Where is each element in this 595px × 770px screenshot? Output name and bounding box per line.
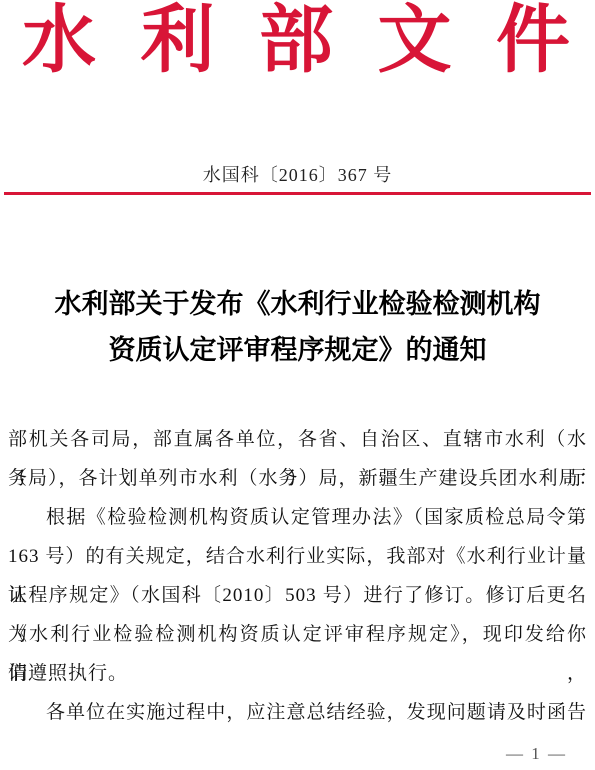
document-body: 部机关各司局，部直属各单位，各省、自治区、直辖市水利（水务）厅 （局），各计划单…: [8, 420, 587, 732]
body-line-8: 各单位在实施过程中，应注意总结经验，发现问题请及时函告: [8, 693, 587, 732]
red-divider-line: [4, 192, 591, 195]
body-line-3: 根据《检验检测机构资质认定管理办法》（国家质检总局令第: [8, 498, 587, 537]
body-line-5: 证程序规定》（水国科〔2010〕503 号）进行了修订。修订后更名为: [8, 576, 587, 615]
body-line-2: （局），各计划单列市水利（水务）局，新疆生产建设兵团水利局：: [8, 459, 587, 498]
document-page: 水 利 部 文 件 水国科〔2016〕367 号 水利部关于发布《水利行业检验检…: [0, 0, 595, 770]
body-line-4: 163 号）的有关规定，结合水利行业实际，我部对《水利行业计量认: [8, 537, 587, 576]
document-title: 水利部关于发布《水利行业检验检测机构 资质认定评审程序规定》的通知: [0, 281, 595, 373]
masthead-char-3: 部: [259, 3, 333, 79]
page-number: — 1 —: [506, 743, 567, 765]
document-number: 水国科〔2016〕367 号: [0, 163, 595, 187]
masthead-char-1: 水: [22, 3, 96, 79]
masthead-char-4: 文: [378, 3, 452, 79]
title-line-2: 资质认定评审程序规定》的通知: [0, 327, 595, 373]
masthead-char-2: 利: [141, 3, 215, 79]
body-line-6: 《水利行业检验检测机构资质认定评审程序规定》，现印发给你们，: [8, 615, 587, 654]
body-line-1: 部机关各司局，部直属各单位，各省、自治区、直辖市水利（水务）厅: [8, 420, 587, 459]
masthead: 水 利 部 文 件: [22, 3, 570, 79]
title-line-1: 水利部关于发布《水利行业检验检测机构: [0, 281, 595, 327]
masthead-char-5: 件: [496, 3, 570, 79]
